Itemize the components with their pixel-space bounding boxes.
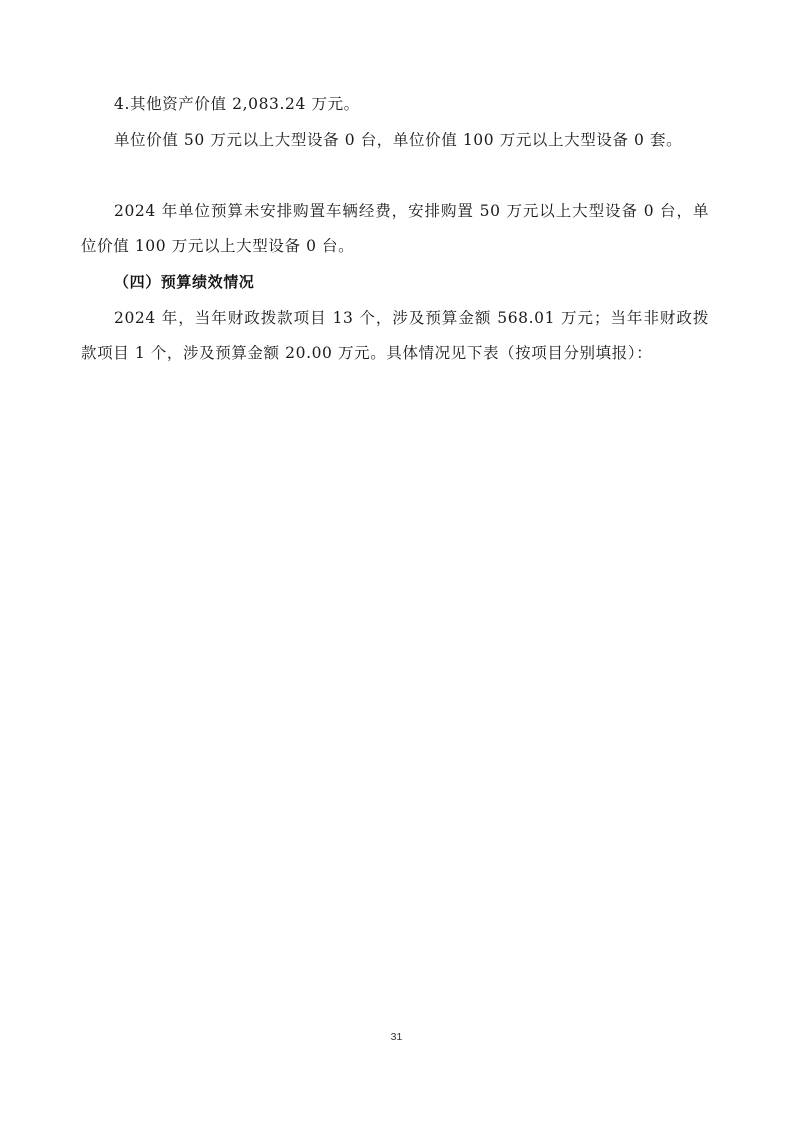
paragraph-large-equipment: 单位价值 50 万元以上大型设备 0 台，单位价值 100 万元以上大型设备 0…	[81, 123, 709, 158]
section-heading-budget-performance: （四）预算绩效情况	[114, 265, 254, 300]
page-number: 31	[0, 1031, 793, 1043]
paragraph-budget-performance: 2024 年，当年财政拨款项目 13 个，涉及预算金额 568.01 万元；当年…	[81, 301, 709, 371]
document-page: 4.其他资产价值 2,083.24 万元。 单位价值 50 万元以上大型设备 0…	[0, 0, 793, 1122]
paragraph-2024-purchase-plan: 2024 年单位预算未安排购置车辆经费，安排购置 50 万元以上大型设备 0 台…	[81, 194, 709, 264]
paragraph-other-assets: 4.其他资产价值 2,083.24 万元。	[81, 87, 709, 122]
